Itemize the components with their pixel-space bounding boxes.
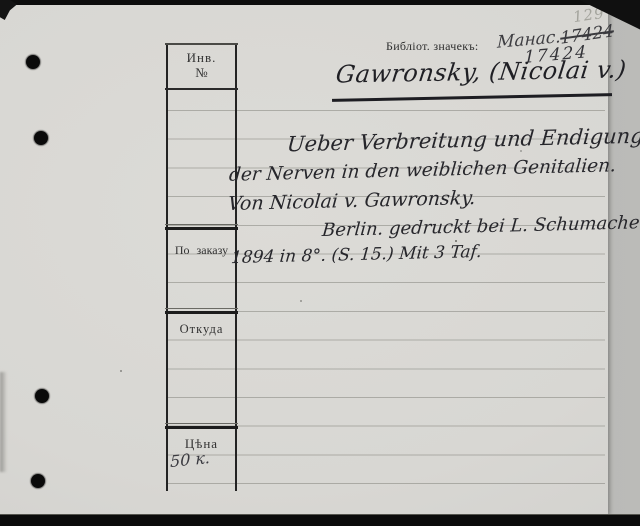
scanner-edge-top xyxy=(0,0,640,5)
library-mark-label: Библіот. значекъ: xyxy=(386,39,478,54)
paper-specks xyxy=(455,240,457,242)
author-heading: Gawronsky, (Nicolai v.) xyxy=(334,55,628,88)
inventory-number-sign: № xyxy=(166,65,237,81)
column-top-border xyxy=(165,43,238,45)
inventory-cell-bottom-border xyxy=(165,88,238,90)
scan-smudge xyxy=(0,372,7,472)
scanner-edge-bottom xyxy=(0,514,640,526)
punch-hole xyxy=(34,131,48,145)
catalog-card-scan: Инв. № По заказу Откуда Цѣна 50 к. Библі… xyxy=(0,0,640,526)
section-divider-thin xyxy=(165,308,238,309)
punch-hole xyxy=(26,55,40,69)
order-label: По заказу xyxy=(166,243,237,258)
section-divider-price xyxy=(165,426,238,429)
punch-hole xyxy=(35,389,49,403)
inventory-label: Инв. xyxy=(166,50,237,66)
origin-label: Откуда xyxy=(166,322,237,337)
section-divider-thin xyxy=(165,224,238,225)
section-divider-origin xyxy=(165,311,238,314)
section-divider-thin xyxy=(165,423,238,424)
section-divider-order xyxy=(165,227,238,230)
punch-hole xyxy=(31,474,45,488)
